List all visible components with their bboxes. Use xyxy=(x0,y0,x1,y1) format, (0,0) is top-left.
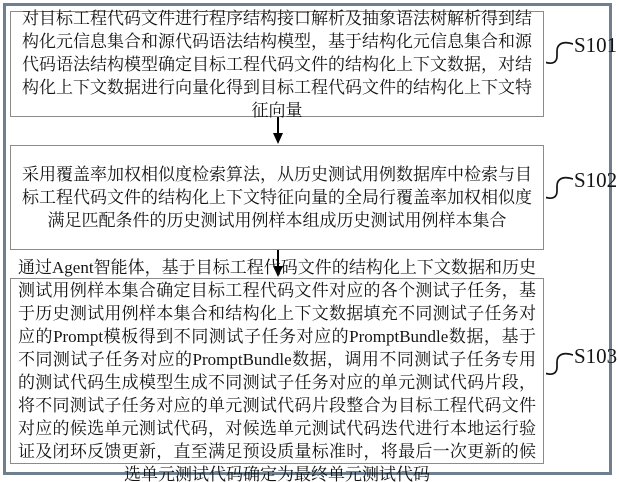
patent-flowchart-figure: { "figure": { "type": "flowchart", "step… xyxy=(0,0,619,482)
reference-hook-icon xyxy=(546,351,573,377)
step-s102-text: 采用覆盖率加权相似度检索算法，从历史测试用例数据库中检索与目标工程代码文件的结构… xyxy=(22,163,532,232)
step-id-s101: S101 xyxy=(574,33,617,58)
step-reference-s103: S103 xyxy=(546,351,617,377)
step-reference-s101: S101 xyxy=(546,40,617,66)
reference-hook-icon xyxy=(546,40,573,66)
down-arrow-icon xyxy=(270,117,286,144)
step-box-s101: 对目标工程代码文件进行程序结构接口解析及抽象语法树解析得到结构化元信息集合和源代… xyxy=(10,11,544,117)
step-reference-s102: S102 xyxy=(546,175,617,201)
step-id-s102: S102 xyxy=(574,168,617,193)
reference-hook-icon xyxy=(546,175,573,201)
step-s103-text: 通过Agent智能体，基于目标工程代码文件的结构化上下文数据和历史测试用例样本集… xyxy=(18,256,536,482)
step-box-s103: 通过Agent智能体，基于目标工程代码文件的结构化上下文数据和历史测试用例样本集… xyxy=(10,278,544,464)
step-s101-text: 对目标工程代码文件进行程序结构接口解析及抽象语法树解析得到结构化元信息集合和源代… xyxy=(22,7,532,122)
step-box-s102: 采用覆盖率加权相似度检索算法，从历史测试用例数据库中检索与目标工程代码文件的结构… xyxy=(10,145,544,250)
step-id-s103: S103 xyxy=(574,344,617,369)
